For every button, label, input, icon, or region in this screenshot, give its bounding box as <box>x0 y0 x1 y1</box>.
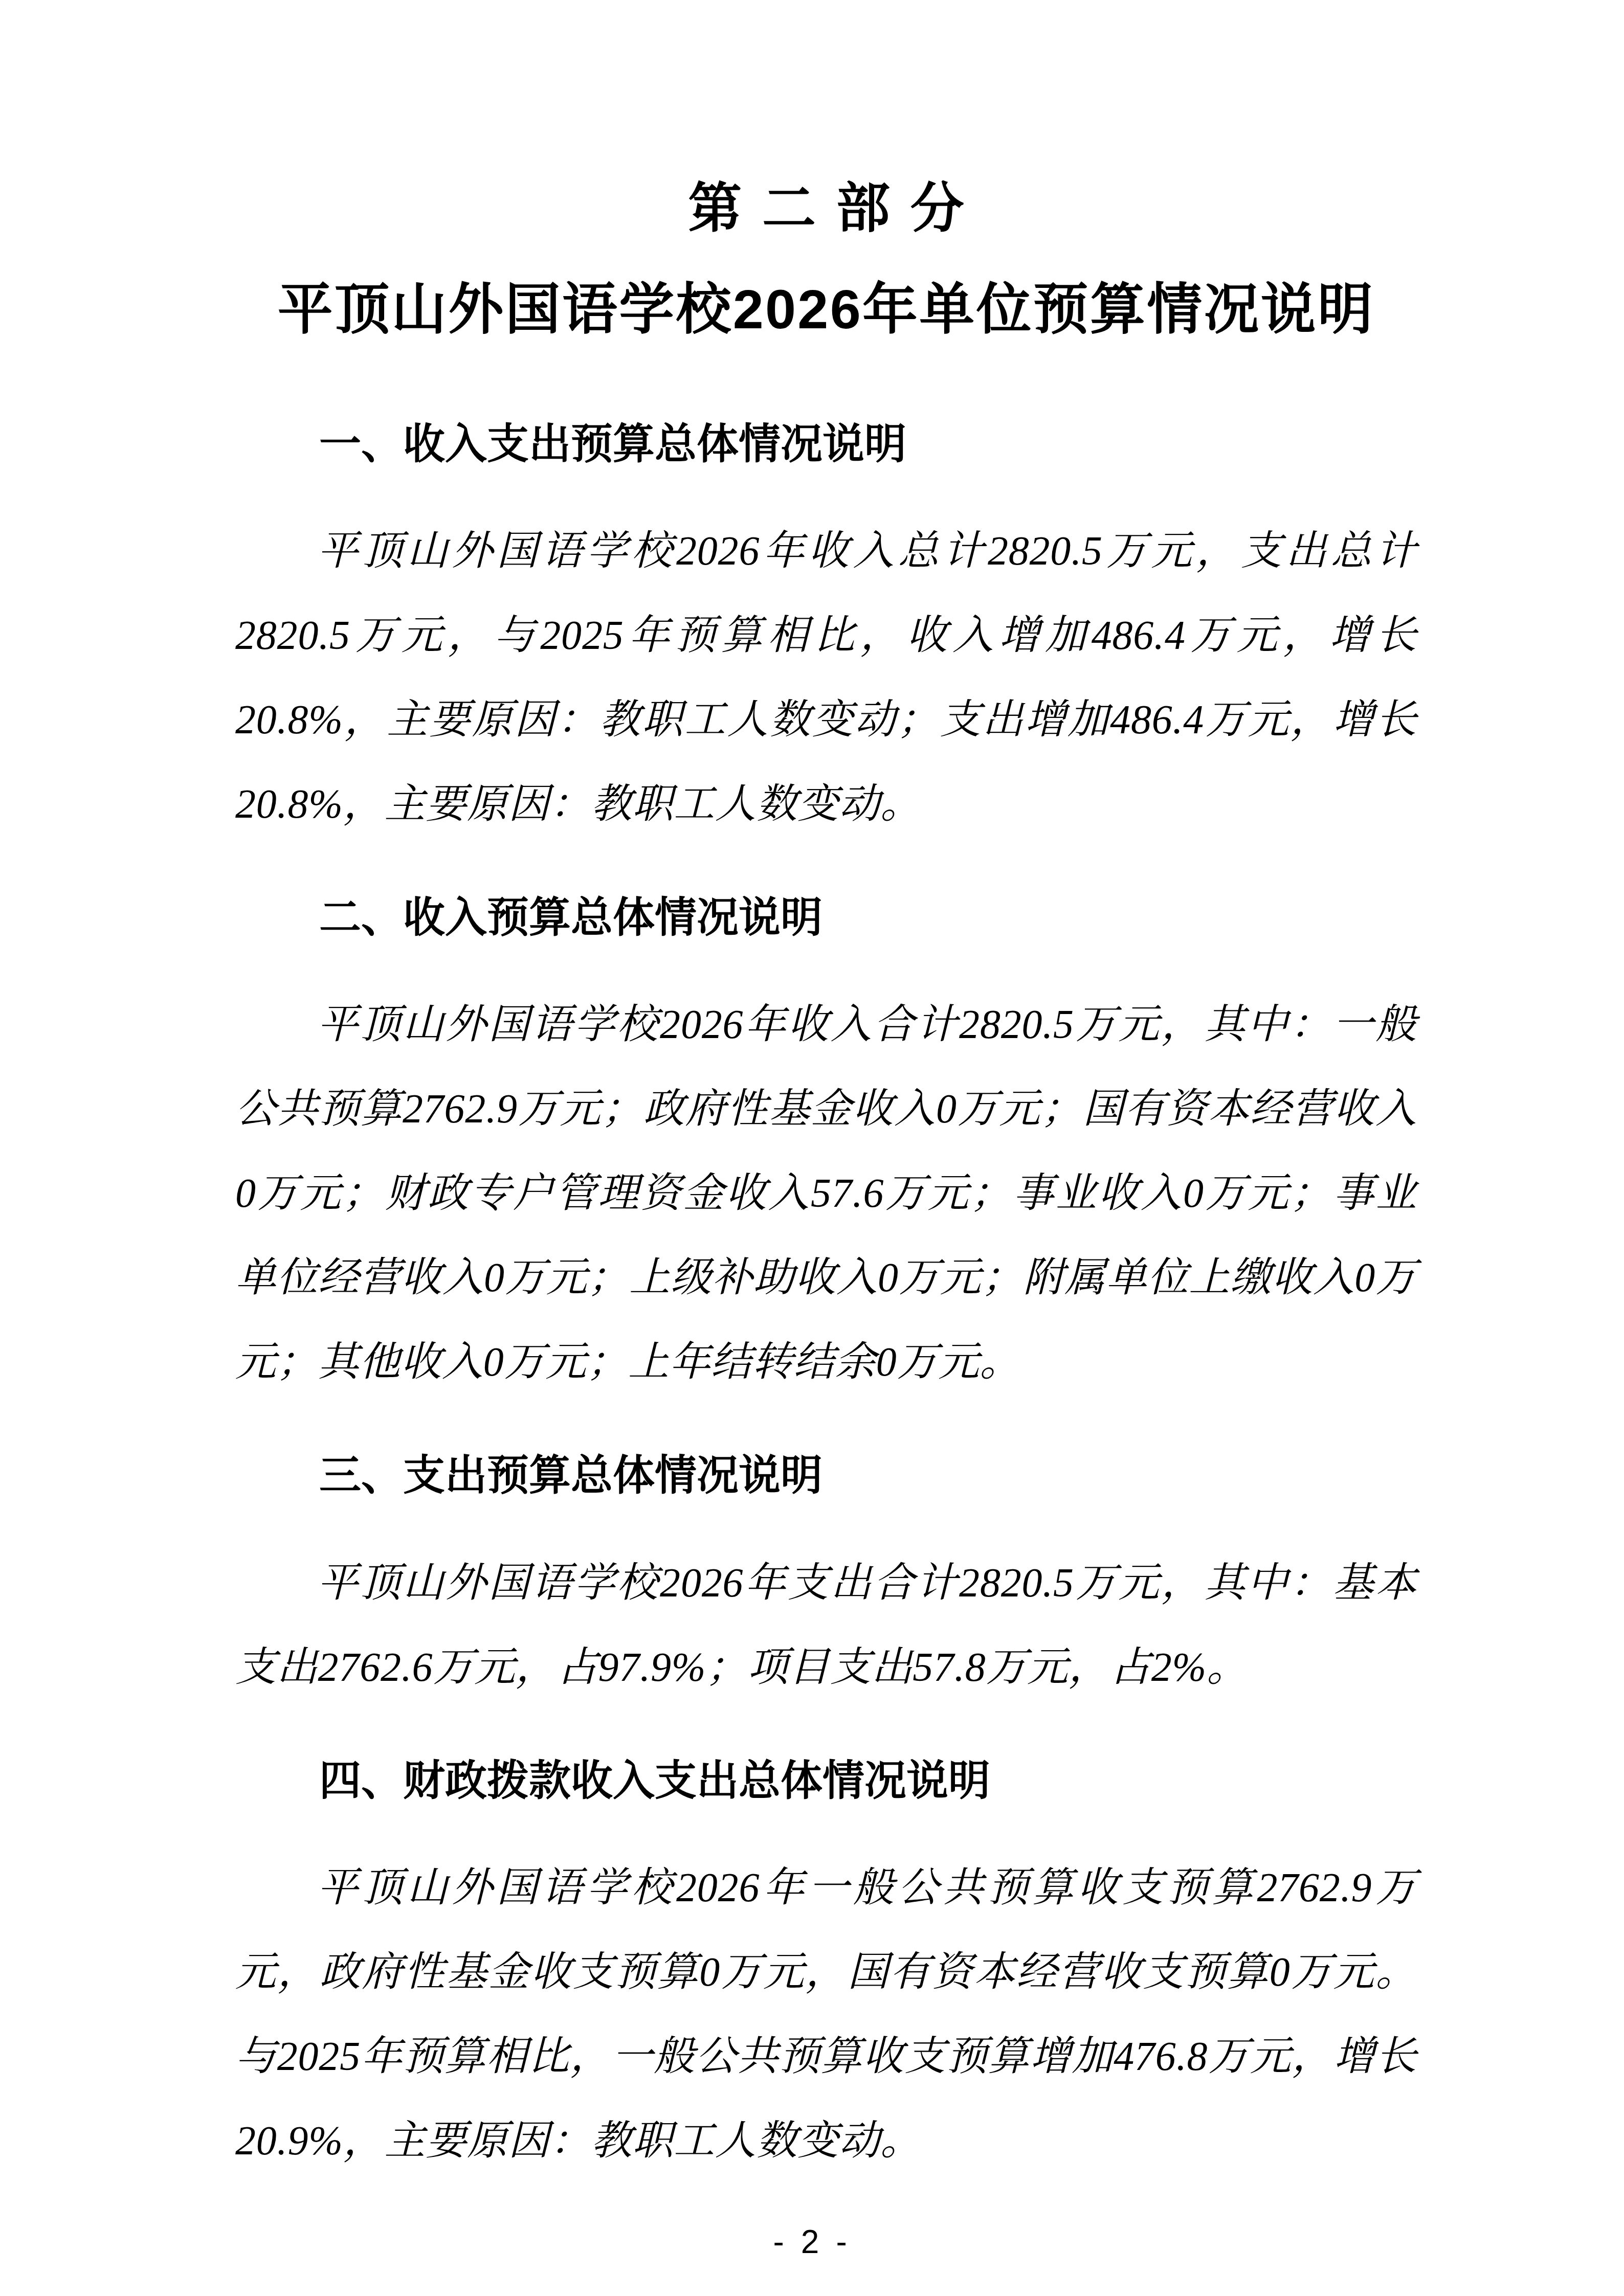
section-fiscal-appropriation-overview: 四、财政拨款收入支出总体情况说明 平顶山外国语学校2026年一般公共预算收支预算… <box>235 1756 1417 2184</box>
document-page: 第二部分 平顶山外国语学校2026年单位预算情况说明 一、收入支出预算总体情况说… <box>0 0 1624 2296</box>
section-2-heading: 二、收入预算总体情况说明 <box>235 893 1417 943</box>
section-1-heading: 一、收入支出预算总体情况说明 <box>235 419 1417 469</box>
section-3-heading: 三、支出预算总体情况说明 <box>235 1451 1417 1501</box>
section-income-budget-overview: 二、收入预算总体情况说明 平顶山外国语学校2026年收入合计2820.5万元，其… <box>235 893 1417 1405</box>
section-1-paragraph: 平顶山外国语学校2026年收入总计2820.5万元，支出总计2820.5万元，与… <box>235 509 1417 847</box>
section-2-paragraph: 平顶山外国语学校2026年收入合计2820.5万元，其中：一般公共预算2762.… <box>235 983 1417 1405</box>
section-4-paragraph: 平顶山外国语学校2026年一般公共预算收支预算2762.9万元，政府性基金收支预… <box>235 1846 1417 2184</box>
section-4-heading: 四、财政拨款收入支出总体情况说明 <box>235 1756 1417 1806</box>
section-expenditure-budget-overview: 三、支出预算总体情况说明 平顶山外国语学校2026年支出合计2820.5万元，其… <box>235 1451 1417 1709</box>
document-title: 平顶山外国语学校2026年单位预算情况说明 <box>235 276 1417 343</box>
section-3-paragraph: 平顶山外国语学校2026年支出合计2820.5万元，其中：基本支出2762.6万… <box>235 1541 1417 1710</box>
page-number: - 2 - <box>0 2225 1624 2258</box>
part-title: 第二部分 <box>235 182 1417 235</box>
section-income-expenditure-overview: 一、收入支出预算总体情况说明 平顶山外国语学校2026年收入总计2820.5万元… <box>235 419 1417 847</box>
